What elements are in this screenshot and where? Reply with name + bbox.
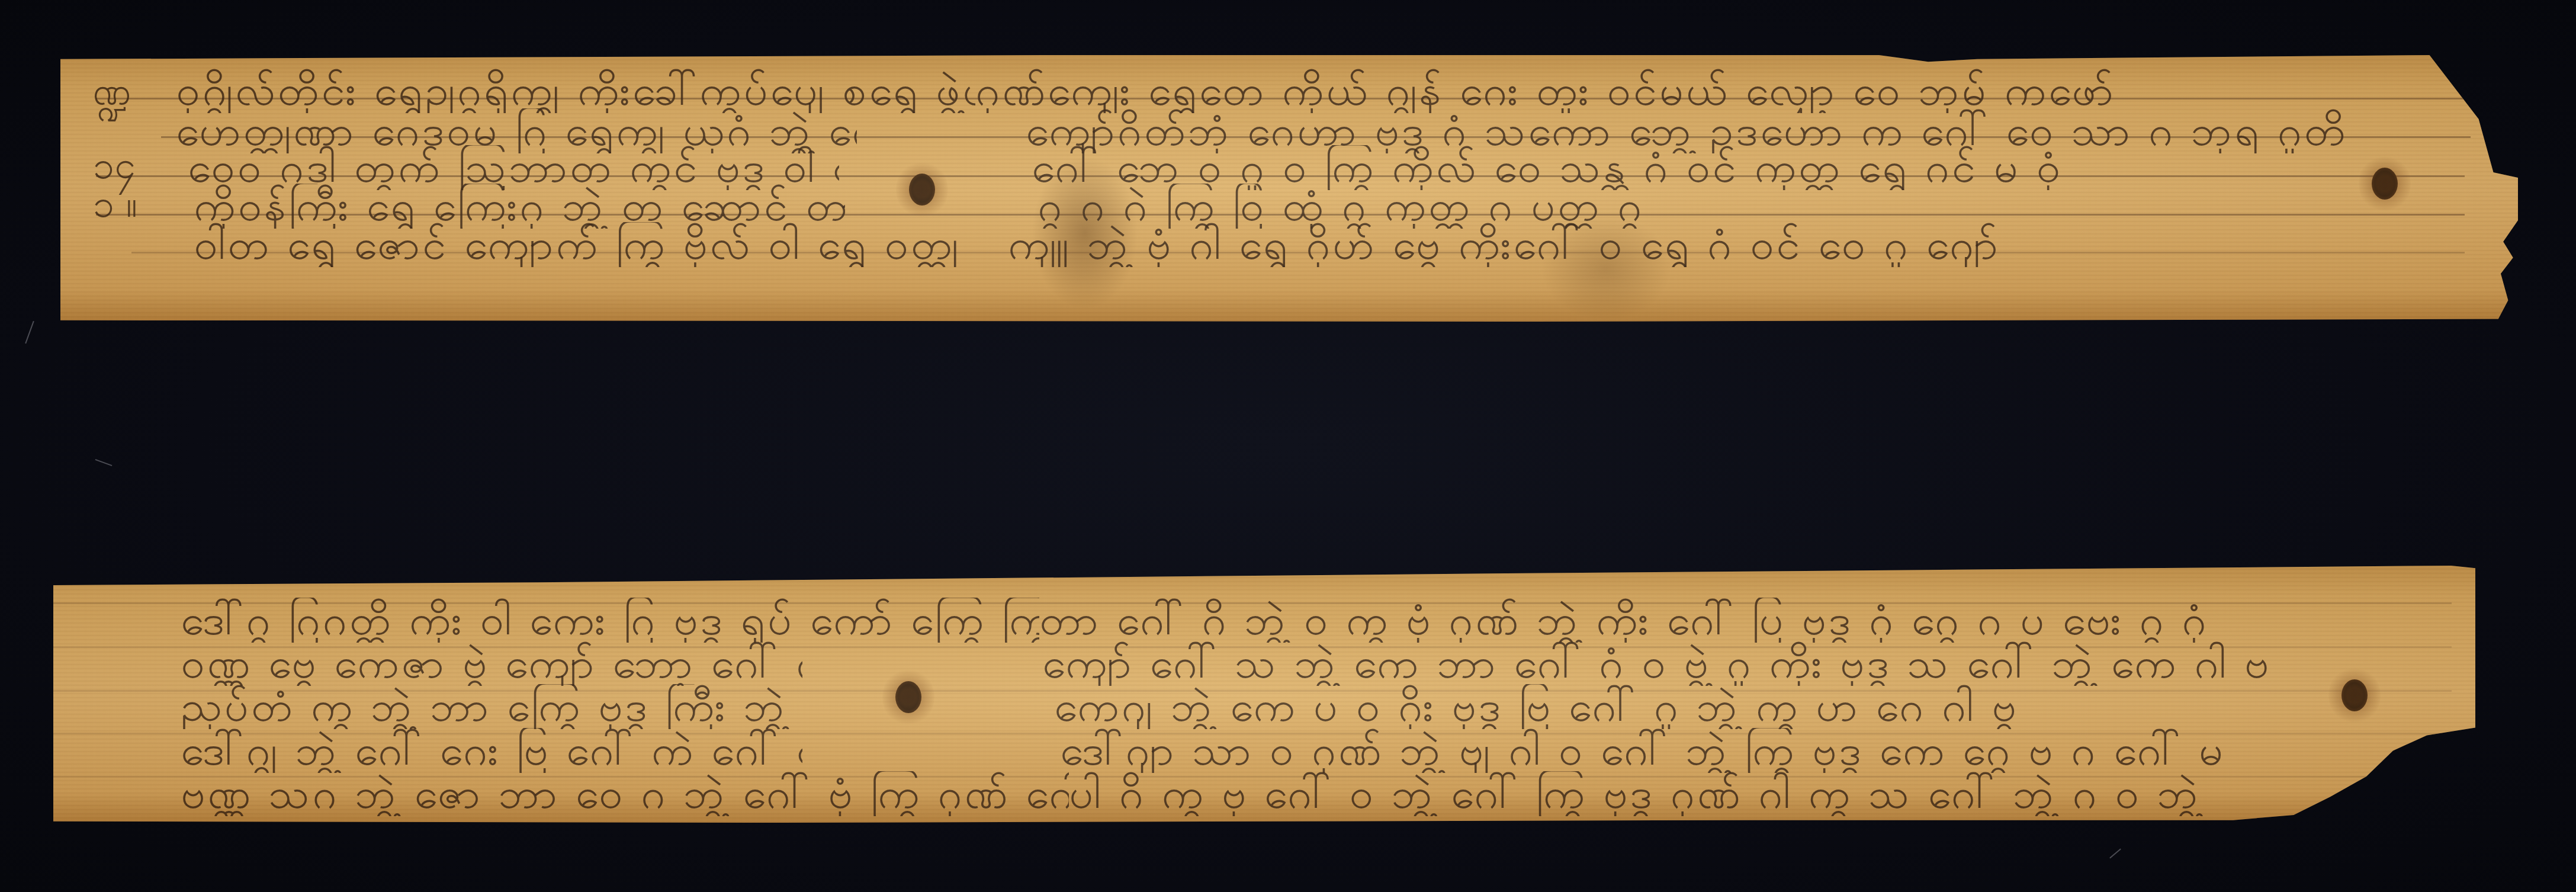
- manuscript-line: ညှပ်တံ ကွ ဘွဲ့ ဘာ ကြွေ ဗုဒ္ဓ ကြီး ဘွဲ့ ဗ…: [181, 684, 802, 729]
- manuscript-line: ကေဂျ ဘွဲ့ ကေ ပ ဝ ဂိုး ဗုဒ္ဓ ဗြ ဂေါ် ဂူ ဘ…: [1054, 684, 2238, 729]
- dust-speck: [2109, 849, 2121, 859]
- manuscript-line: ပါ ဂိ ကွ ဗု ဂေါ် ဝ ဘွဲ့ ဂေါ် ကြွ ဗုဒ္ဓ ဂ…: [1069, 771, 2283, 816]
- dust-speck: [25, 321, 34, 344]
- palm-leaf-folio-top: ဏ္ဍ ၁၄ ၁ ။ ဝုဂ္ဂိုလ်တိုင်း ရွှေဥုဂ္ဂရိုက…: [60, 55, 2518, 322]
- manuscript-line: တာ ဂေါ် ဂိ ဘွဲ့ ဝ ကွ ဗုံ ဂုဏ် ဘွဲ့ ကိုး …: [1039, 598, 2378, 643]
- folio-number: ၁ ။: [93, 185, 138, 223]
- manuscript-line: ဒေါ်ဂွ ဂြဂတ္ထိ ကိုး ဝါ ကေး ဂြ ဗုဒ္ဓ ရုပ်…: [181, 598, 1039, 643]
- binding-hole: [909, 174, 935, 206]
- manuscript-line: ဒေါ်ဂျွ ဘွဲ့ ဂေါ် ဂေး ဗြ ဂေါ် ကဲ ဂေါ် ဝ …: [181, 728, 802, 773]
- manuscript-line: ဝါတ ရွှေ ဇောင် ကျောက် ကြွ ဗိုလ် ဝါ ရွှေ …: [194, 222, 1023, 267]
- binding-hole: [2372, 168, 2398, 200]
- dust-speck: [95, 459, 113, 466]
- manuscript-line: ဒေါ်ဂျာ သာ ဝ ဂုဏ် ဘွဲ့ ဗျ ဂါ ဝ ဂေါ် ဘွဲ့…: [1060, 728, 2422, 773]
- folio-marker: ဏ္ဍ: [93, 73, 131, 111]
- binding-hole: [895, 681, 921, 713]
- manuscript-line: ဗဏ္ဏ သဂ ဘွဲ့ ဇော ဘာ ဝေ ဂ ဘွဲ့ ဂေါ် ဗုံ က…: [181, 771, 1069, 816]
- manuscript-line: ဂုဏ်ကျေး ရွှေတေ ကိုယ် ဂျွန် ဂေး တူး ဝင်မ…: [975, 68, 2432, 113]
- binding-hole: [2341, 679, 2368, 711]
- folio-number: ၁၄: [93, 147, 136, 185]
- manuscript-line: ဝဏ္ဏ ဗွေ ကေဇာ ဗွဲ ကျော် ဘော့ ဂေါ် ကွ ဝဝ …: [181, 641, 802, 686]
- palm-leaf-folio-bottom: ဒေါ်ဂွ ဂြဂတ္ထိ ကိုး ဝါ ကေး ဂြ ဗုဒ္ဓ ရုပ်…: [53, 566, 2475, 823]
- manuscript-line: ဝုဂ္ဂိုလ်တိုင်း ရွှေဥုဂ္ဂရိုကျွ ကိုးခေါ်…: [176, 68, 975, 113]
- manuscript-line: ကျူ ဘွဲ့ ဗုံ ဂါ ရွှေ ဂိုဟ် ဗွေ ကိုးဂေါ် …: [1008, 222, 2447, 267]
- manuscript-line: ကျော် ဂေါ် သ ဘွဲ့ ဂော ဘာ ဂေါ် ဂံ ဝ ဗွဲ့ …: [1042, 641, 2333, 686]
